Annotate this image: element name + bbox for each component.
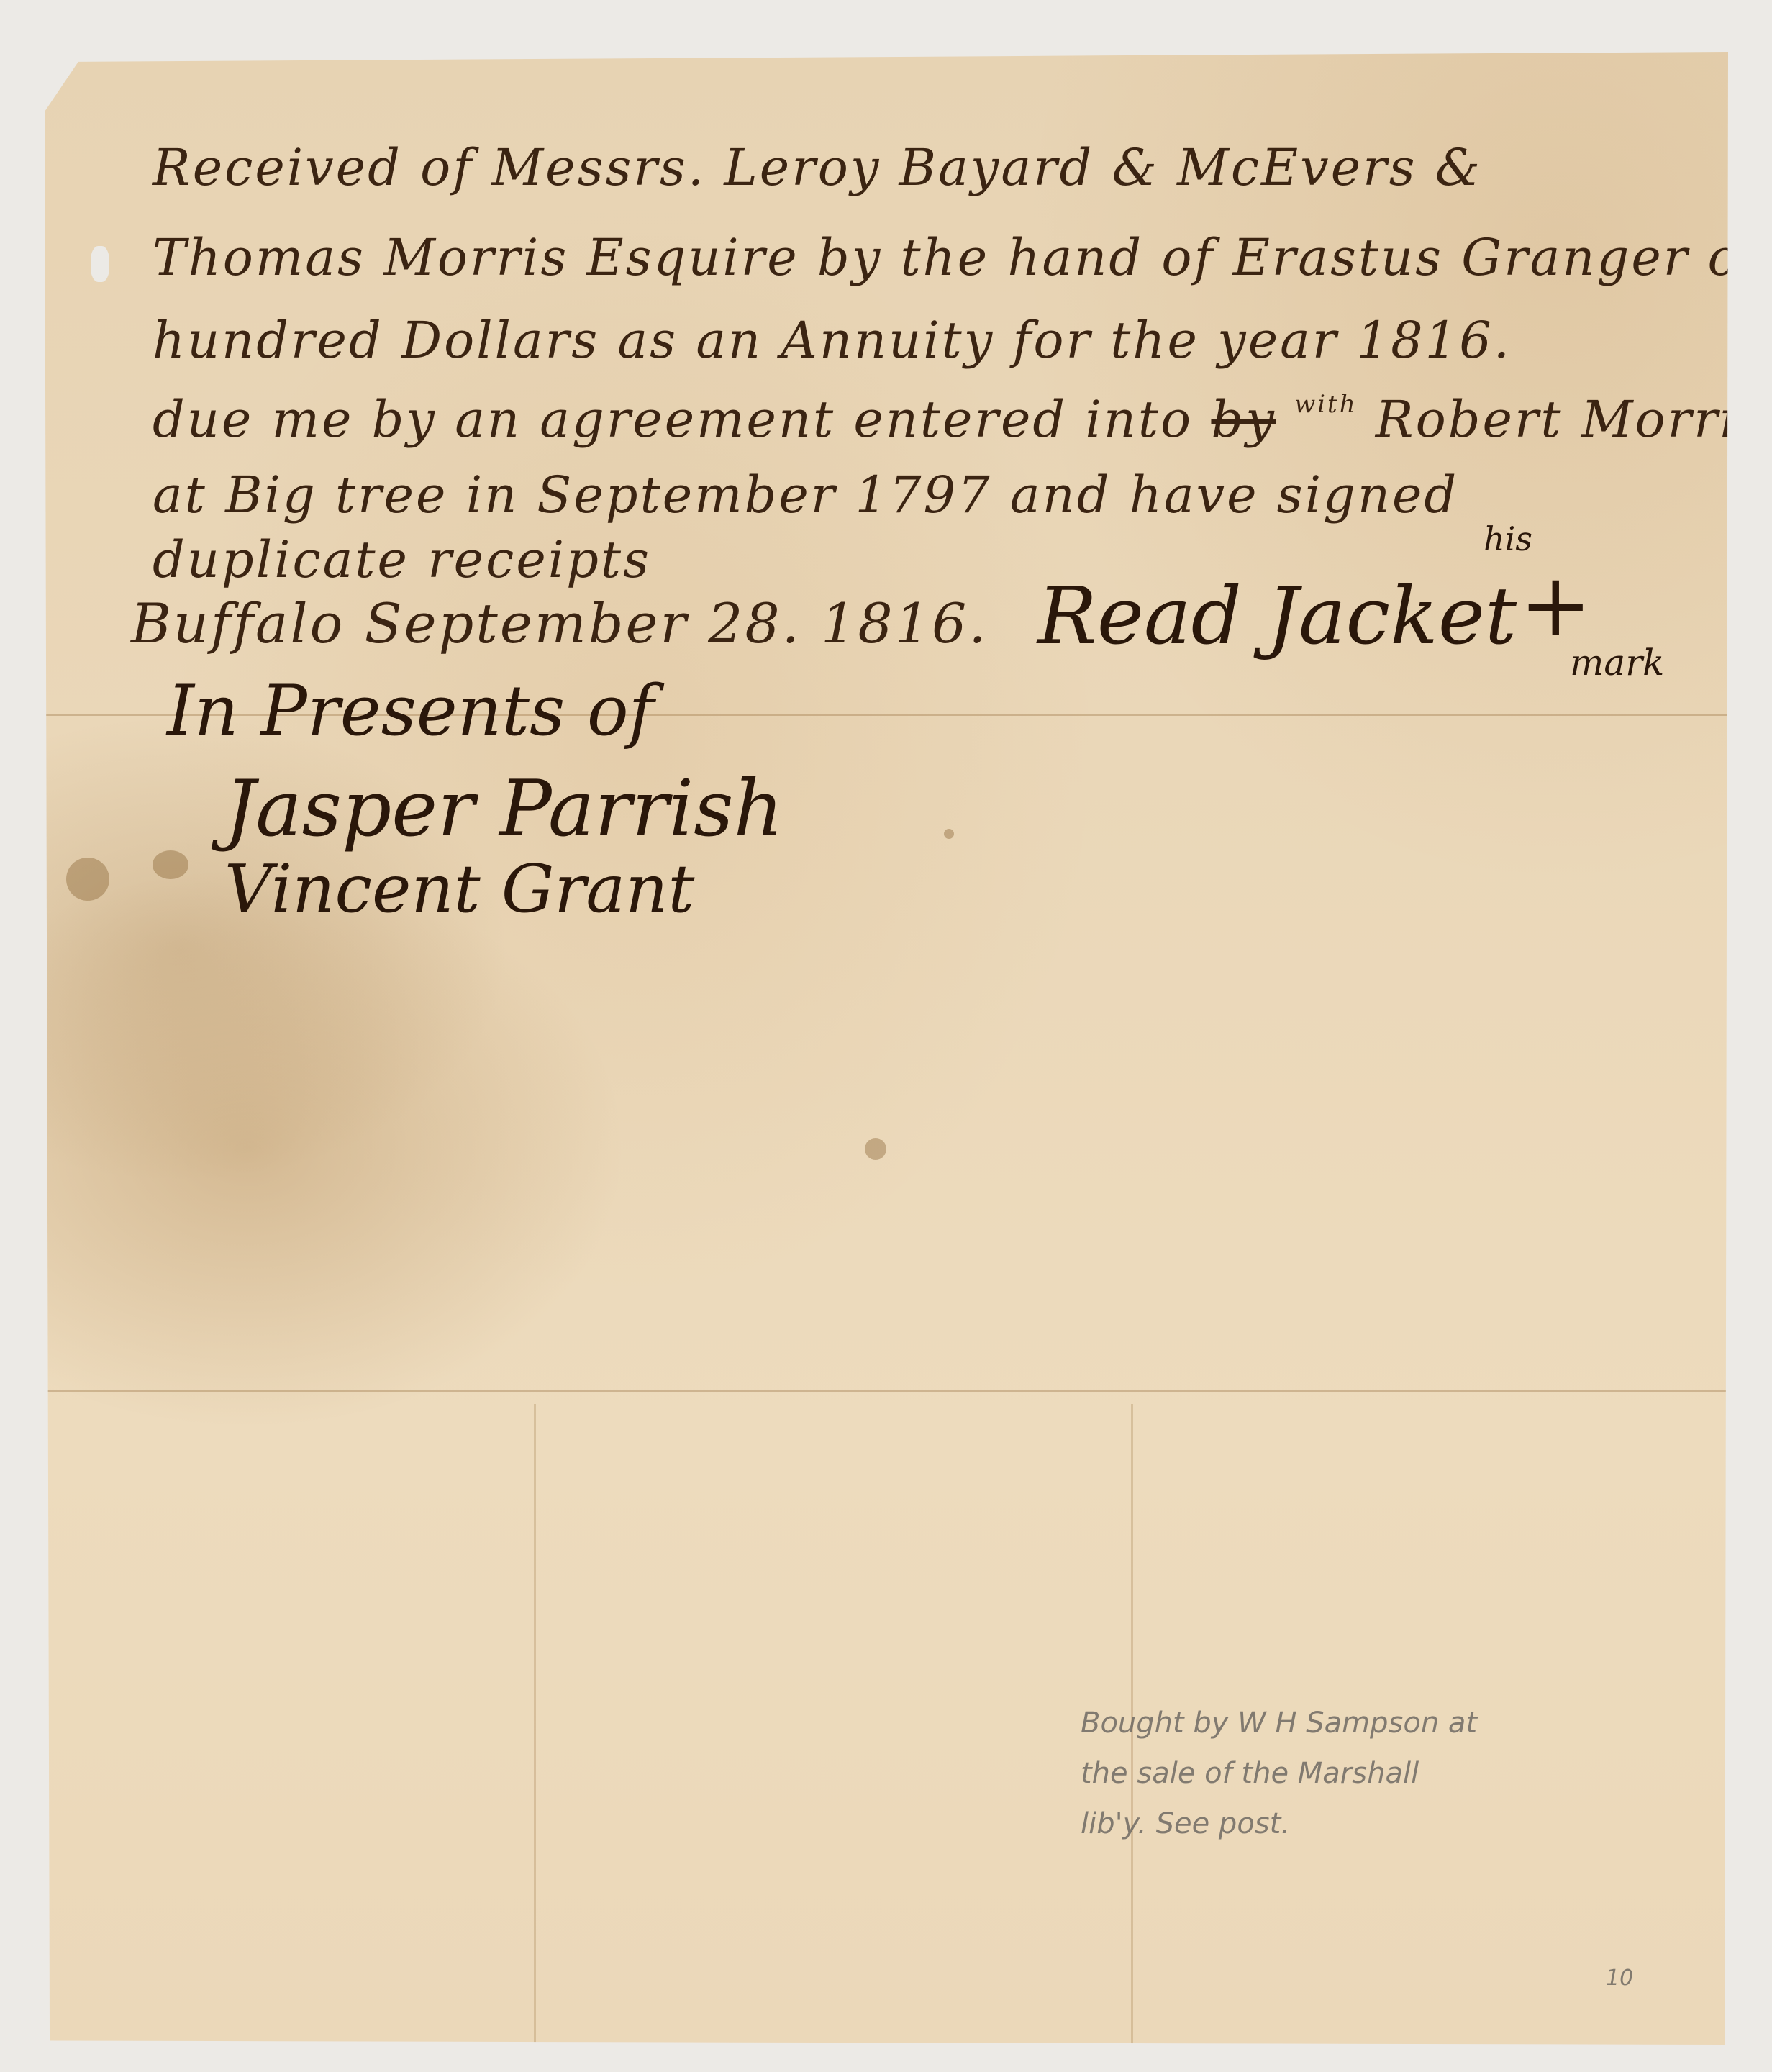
pencil-note-line-3: lib'y. See post. <box>1081 1807 1290 1840</box>
body-line-3: hundred Dollars as an Annuity for the ye… <box>153 311 1512 370</box>
ink-stain <box>153 850 188 879</box>
pencil-note-line-2: the sale of the Marshall <box>1081 1757 1419 1790</box>
mark-label: mark <box>1570 642 1664 683</box>
body-line-5: at Big tree in September 1797 and have s… <box>153 465 1458 524</box>
body-line-4-end: Robert Morris <box>1376 390 1766 449</box>
witness-1: Jasper Parrish <box>224 764 783 854</box>
body-line-4: due me by an agreement entered into by w… <box>153 390 1766 449</box>
signature-mark-symbol: + <box>1519 555 1592 655</box>
ink-stain <box>944 829 954 839</box>
signature-name: Read Jacket <box>1037 570 1517 662</box>
inserted-word: with <box>1294 390 1358 419</box>
corner-mark: 10 <box>1606 1966 1633 1991</box>
ink-stain <box>66 858 109 901</box>
pencil-note-line-1: Bought by W H Sampson at <box>1081 1707 1477 1740</box>
punch-hole <box>91 246 109 282</box>
body-line-6: duplicate receipts <box>153 530 651 589</box>
body-line-4-text: due me by an agreement entered into <box>153 390 1193 449</box>
ink-stain <box>865 1138 886 1160</box>
fold-line <box>45 1390 1728 1392</box>
body-line-2: Thomas Morris Esquire by the hand of Era… <box>153 228 1772 287</box>
his-label: his <box>1484 519 1532 558</box>
witness-2: Vincent Grant <box>224 850 694 927</box>
place-date: Buffalo September 28. 1816. <box>131 591 989 655</box>
document-sheet: Received of Messrs. Leroy Bayard & McEve… <box>45 52 1728 2045</box>
body-line-1: Received of Messrs. Leroy Bayard & McEve… <box>153 138 1482 197</box>
witness-heading: In Presents of <box>167 671 654 751</box>
fold-line <box>534 1404 536 2045</box>
struck-word: by <box>1211 390 1276 449</box>
